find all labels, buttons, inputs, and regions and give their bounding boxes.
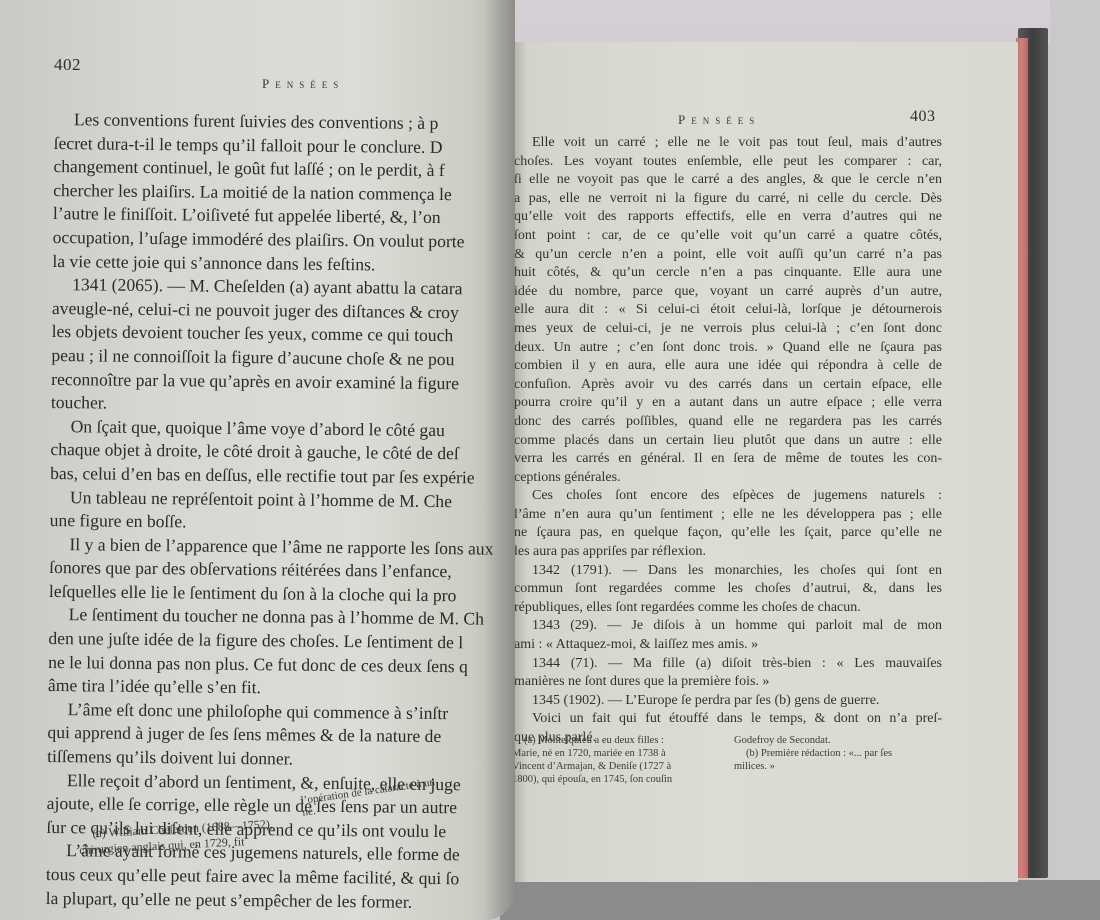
background-right bbox=[1050, 0, 1100, 920]
text-line: manières ne ſont dures que la première f… bbox=[514, 673, 942, 692]
text-line: ne ſçaura pas, en quelque façon, qu’elle… bbox=[514, 524, 942, 543]
text-line: idée du nombre, parce que, voyant un car… bbox=[514, 283, 942, 302]
text-line: mes yeux de celui-ci, je ne verrois plus… bbox=[514, 320, 942, 339]
text-line: combien il y en aura, elle aura une idée… bbox=[514, 357, 942, 376]
footnote-line: Godefroy de Secondat. bbox=[734, 734, 942, 747]
text-line: 1342 (1791). — Dans les monarchies, les … bbox=[514, 562, 942, 581]
footnote-line: milices. » bbox=[734, 760, 942, 773]
text-line: les aura pas appriſes par réflexion. bbox=[514, 543, 942, 562]
text-line: pourra croire qu’il y en a autant dans u… bbox=[514, 394, 942, 413]
text-line: commun ſont regardées comme les choſes d… bbox=[514, 580, 942, 599]
footnote-line: 1800), qui épouſa, en 1745, ſon couſin bbox=[512, 773, 720, 786]
text-line: Elle voit un carré ; elle ne le voit pas… bbox=[514, 134, 942, 153]
text-line: la plupart, qu’elle ne peut s’empêcher d… bbox=[46, 887, 515, 916]
text-line: verra les carrés en général. Il en ſera … bbox=[514, 450, 942, 469]
right-page-body: Elle voit un carré ; elle ne le voit pas… bbox=[514, 134, 942, 748]
text-line: ſont point : car, de ce qu’elle voit qu’… bbox=[514, 227, 942, 246]
text-line: elle aura dit : « Si celui-ci étoit celu… bbox=[514, 301, 942, 320]
running-head-left: Pensées bbox=[262, 76, 344, 92]
footnote-line: (a) Monteſquieu a eu deux filles : bbox=[512, 734, 720, 747]
right-page: Pensées 403 Elle voit un carré ; elle ne… bbox=[498, 42, 1018, 882]
text-line: Ces choſes ſont encore des eſpèces de ju… bbox=[514, 487, 942, 506]
text-line: républiques, elles ſont regardées comme … bbox=[514, 599, 942, 618]
footnote-b: Godefroy de Secondat.(b) Première rédact… bbox=[734, 734, 942, 786]
footnote-line: (b) Première rédaction : «... par ſes bbox=[734, 747, 942, 760]
page-number-left: 402 bbox=[54, 55, 81, 75]
text-line: ſi elle ne voyoit pas que le carré a des… bbox=[514, 171, 942, 190]
background-shadow bbox=[500, 880, 1100, 920]
left-page-body: Les conventions furent ſuivies des conve… bbox=[46, 108, 515, 915]
text-line: 1343 (29). — Je diſois à un homme qui pa… bbox=[514, 617, 942, 636]
running-head-right: Pensées bbox=[678, 112, 760, 128]
text-line: comme placés dans un certain lieu plutôt… bbox=[514, 432, 942, 451]
text-line: a pas, elle ne verroit ni la figure du c… bbox=[514, 190, 942, 209]
text-line: Voici un fait qui fut étouffé dans le te… bbox=[514, 710, 942, 729]
footnote-a: (a) Monteſquieu a eu deux filles :Marie,… bbox=[512, 734, 720, 786]
text-line: choſes. Les voyant toutes enſemble, elle… bbox=[514, 153, 942, 172]
left-page: 402 Pensées Les conventions furent ſuivi… bbox=[0, 0, 515, 920]
text-line: deux. Un autre ; c’en ſont donc trois. »… bbox=[514, 339, 942, 358]
text-line: ceptions générales. bbox=[514, 469, 942, 488]
text-line: l’âme n’en aura qu’un ſentiment ; elle n… bbox=[514, 506, 942, 525]
text-line: donc des carrés poſſibles, quand elle ne… bbox=[514, 413, 942, 432]
text-line: qu’elle voit des rapports effectifs, ell… bbox=[514, 208, 942, 227]
footnote-line: Vincent d’Armajan, & Deniſe (1727 à bbox=[512, 760, 720, 773]
text-line: ami : « Attaquez-moi, & laiſſez mes amis… bbox=[514, 636, 942, 655]
text-line: confuſion. Après avoir vu des carrés dan… bbox=[514, 376, 942, 395]
footnote-line: Marie, né en 1720, mariée en 1738 à bbox=[512, 747, 720, 760]
right-page-footnotes: (a) Monteſquieu a eu deux filles :Marie,… bbox=[512, 734, 952, 786]
text-line: 1344 (71). — Ma fille (a) diſoit très-bi… bbox=[514, 655, 942, 674]
text-line: huit côtés, & qu’un cercle n’en a pas ci… bbox=[514, 264, 942, 283]
background-top bbox=[470, 0, 1100, 45]
text-line: 1345 (1902). — L’Europe ſe perdra par ſe… bbox=[514, 692, 942, 711]
page-number-right: 403 bbox=[910, 108, 936, 126]
text-line: & qu’un cercle n’en a point, elle voit a… bbox=[514, 246, 942, 265]
